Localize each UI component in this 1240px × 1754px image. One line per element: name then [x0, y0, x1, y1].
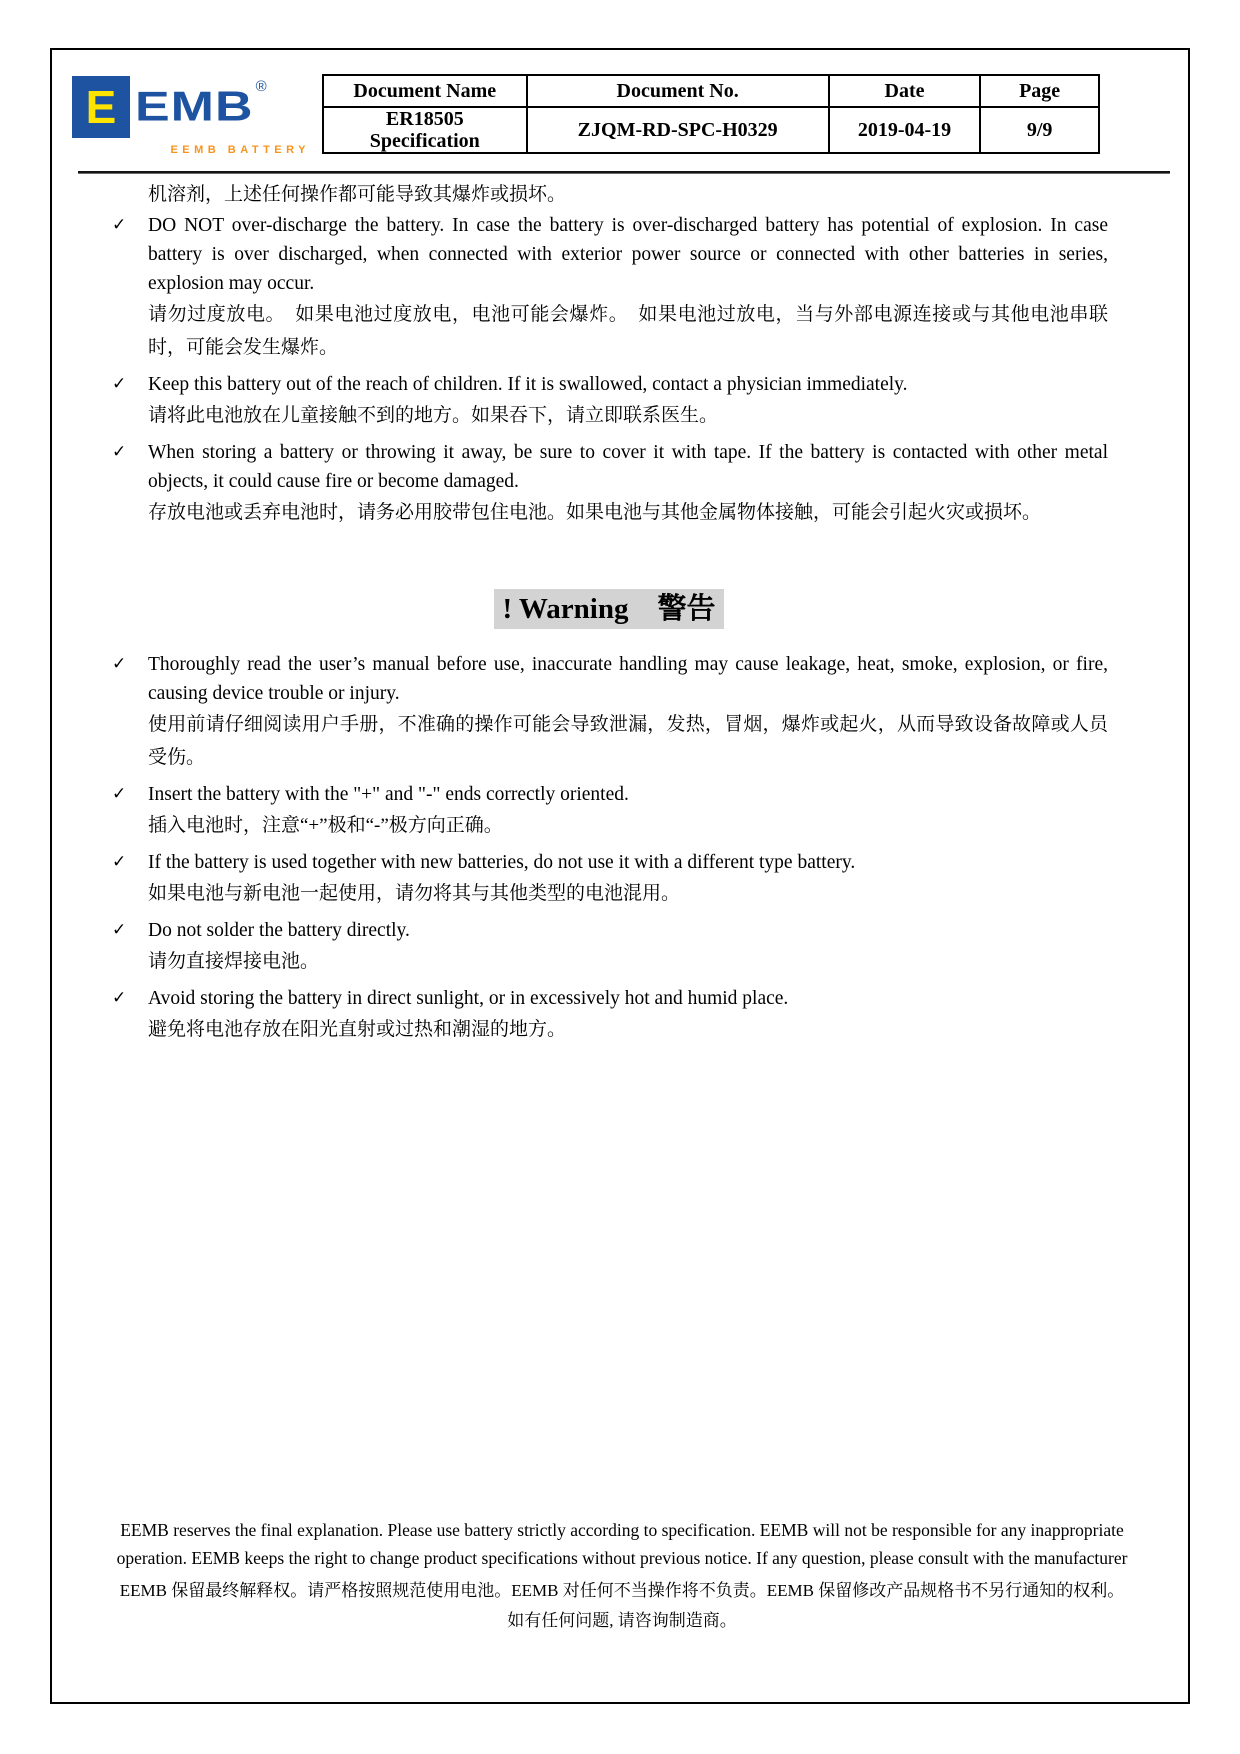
item-text-en: Keep this battery out of the reach of ch…	[148, 370, 1108, 399]
item-text-en: When storing a battery or throwing it aw…	[148, 438, 1108, 496]
checkmark-icon: ✓	[112, 852, 126, 872]
item-text-en: If the battery is used together with new…	[148, 848, 1108, 877]
item-text-en: Insert the battery with the "+" and "-" …	[148, 780, 1108, 809]
checkmark-icon: ✓	[112, 784, 126, 804]
item-text-en: Do not solder the battery directly.	[148, 916, 1108, 945]
intro-continuation-line: 机溶剂，上述任何操作都可能导致其爆炸或损坏。	[110, 178, 1108, 211]
eemb-logo: E EMB ® EEMB BATTERY	[72, 76, 322, 156]
logo-letters: EMB	[135, 90, 254, 124]
item-text-zh: 请勿过度放电。 如果电池过度放电，电池可能会爆炸。 如果电池过放电，当与外部电源…	[148, 298, 1108, 364]
value-document-no: ZJQM-RD-SPC-H0329	[527, 107, 829, 153]
document-body: 机溶剂，上述任何操作都可能导致其爆炸或损坏。 ✓ DO NOT over-dis…	[110, 178, 1108, 1052]
registered-trademark-icon: ®	[256, 78, 267, 95]
item-text-en: DO NOT over-discharge the battery. In ca…	[148, 211, 1108, 298]
list-item: ✓ Thoroughly read the user’s manual befo…	[110, 650, 1108, 774]
item-text-zh: 使用前请仔细阅读用户手册，不准确的操作可能会导致泄漏，发热，冒烟，爆炸或起火，从…	[148, 708, 1108, 774]
item-text-zh: 请将此电池放在儿童接触不到的地方。如果吞下，请立即联系医生。	[148, 399, 1108, 432]
logo-first-letter: E	[86, 84, 117, 130]
value-date: 2019-04-19	[829, 107, 981, 153]
logo-square-icon: E	[72, 76, 130, 138]
checkmark-icon: ✓	[112, 654, 126, 674]
header-document-no: Document No.	[527, 75, 829, 107]
header-date: Date	[829, 75, 981, 107]
footer-text-zh: EEMB 保留最终解释权。请严格按照规范使用电池。EEMB 对任何不当操作将不负…	[116, 1576, 1128, 1636]
value-page: 9/9	[980, 107, 1099, 153]
list-item: ✓ When storing a battery or throwing it …	[110, 438, 1108, 529]
document-header-table: Document Name Document No. Date Page ER1…	[322, 74, 1100, 154]
item-text-en: Avoid storing the battery in direct sunl…	[148, 984, 1108, 1013]
list-item: ✓ Insert the battery with the "+" and "-…	[110, 780, 1108, 842]
item-text-zh: 避免将电池存放在阳光直射或过热和潮湿的地方。	[148, 1013, 1108, 1046]
table-header-row: Document Name Document No. Date Page	[323, 75, 1099, 107]
item-text-en: Thoroughly read the user’s manual before…	[148, 650, 1108, 708]
list-item: ✓ Do not solder the battery directly. 请勿…	[110, 916, 1108, 978]
list-item: ✓ Avoid storing the battery in direct su…	[110, 984, 1108, 1046]
checkmark-icon: ✓	[112, 988, 126, 1008]
checkmark-icon: ✓	[112, 442, 126, 462]
value-document-name: ER18505 Specification	[323, 107, 527, 153]
page-frame: E EMB ® EEMB BATTERY Document Name Docum…	[50, 48, 1190, 1704]
item-text-zh: 如果电池与新电池一起使用，请勿将其与其他类型的电池混用。	[148, 877, 1108, 910]
footer-text-en: EEMB reserves the final explanation. Ple…	[116, 1516, 1128, 1572]
warning-heading: ! Warning 警告	[110, 589, 1108, 629]
item-text-zh: 存放电池或丢弃电池时，请务必用胶带包住电池。如果电池与其他金属物体接触，可能会引…	[148, 496, 1108, 529]
checkmark-icon: ✓	[112, 920, 126, 940]
page-footer: EEMB reserves the final explanation. Ple…	[116, 1516, 1128, 1636]
checkmark-icon: ✓	[112, 215, 126, 235]
header-divider	[78, 171, 1170, 174]
table-value-row: ER18505 Specification ZJQM-RD-SPC-H0329 …	[323, 107, 1099, 153]
item-text-zh: 请勿直接焊接电池。	[148, 945, 1108, 978]
header-document-name: Document Name	[323, 75, 527, 107]
checkmark-icon: ✓	[112, 374, 126, 394]
list-item: ✓ DO NOT over-discharge the battery. In …	[110, 211, 1108, 364]
item-text-zh: 插入电池时，注意“+”极和“-”极方向正确。	[148, 809, 1108, 842]
list-item: ✓ Keep this battery out of the reach of …	[110, 370, 1108, 432]
header-page: Page	[980, 75, 1099, 107]
logo-tagline: EEMB BATTERY	[72, 144, 310, 156]
warning-heading-text: ! Warning 警告	[494, 589, 725, 629]
list-item: ✓ If the battery is used together with n…	[110, 848, 1108, 910]
